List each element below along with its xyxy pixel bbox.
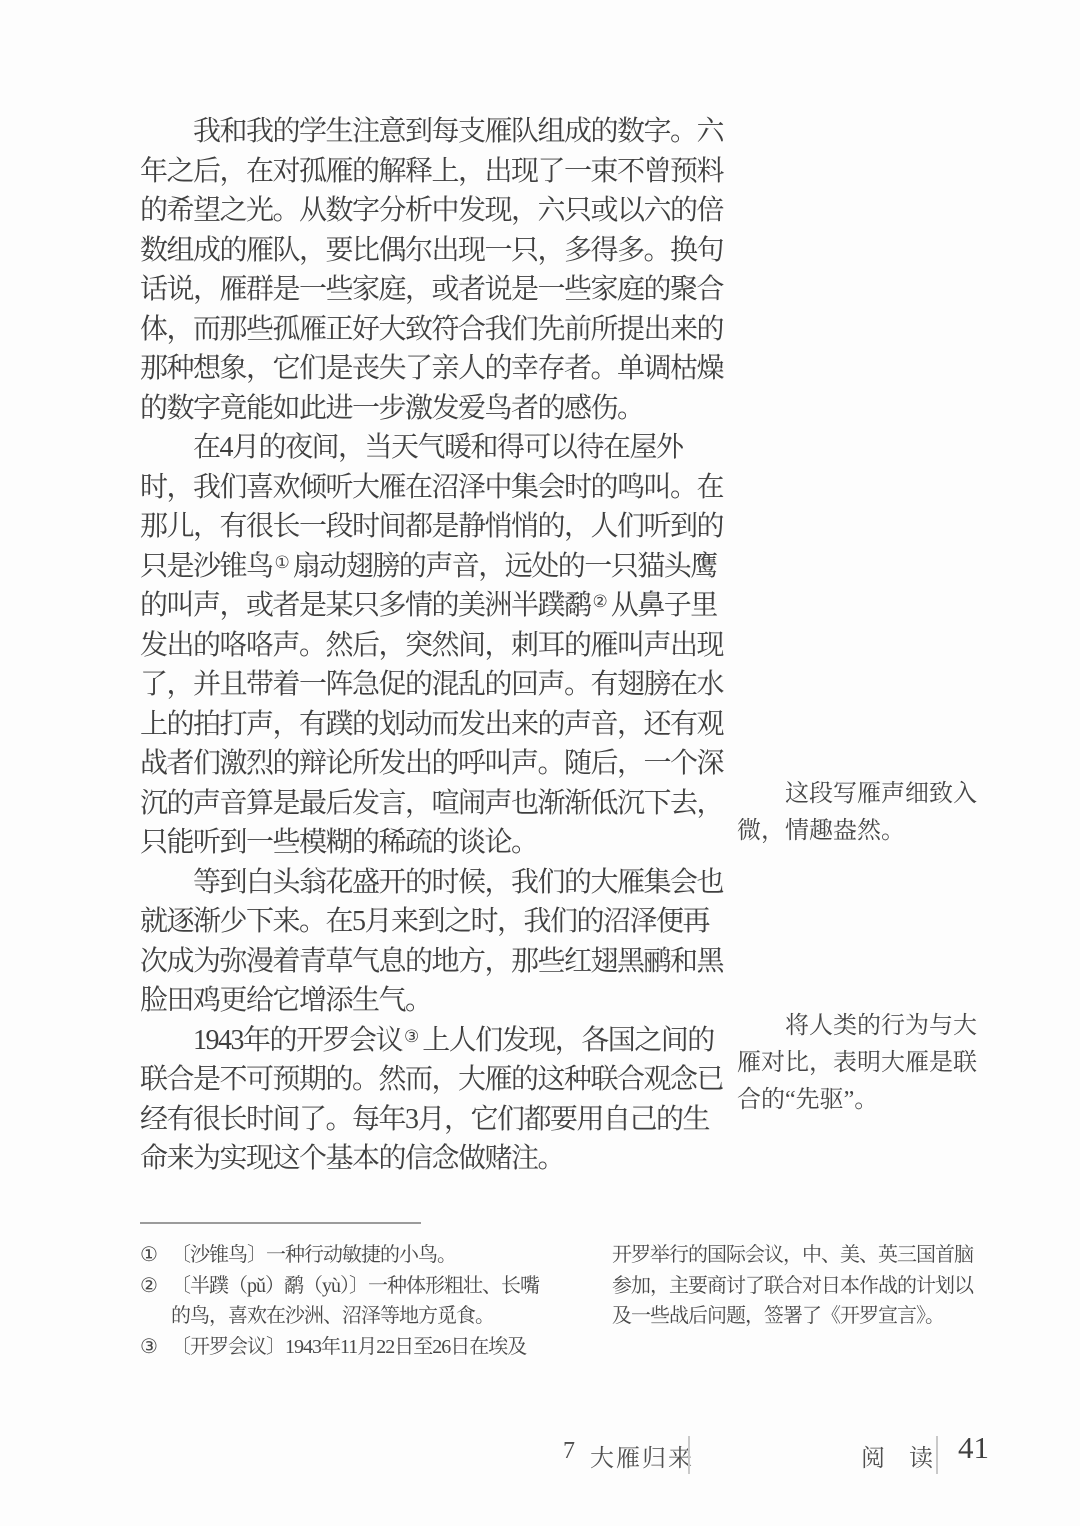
footnote-reference-mark: ② — [593, 592, 608, 611]
footnote-item-3: ③〔开罗会议〕1943年11月22日至26日在埃及 — [140, 1332, 539, 1363]
body-paragraph-4-line-4: 命来为实现这个基本的信念做赌注。 — [140, 1139, 723, 1179]
body-paragraph-4-line-1: 1943年的开罗会议③上人们发现，各国之间的 — [140, 1021, 723, 1061]
footnote-reference-mark: ① — [275, 553, 290, 572]
footnote-marker-3: ③ — [140, 1332, 171, 1363]
footer-section-label: 阅 读 — [861, 1438, 942, 1473]
body-paragraph-1-line-6: 体，而那些孤雁正好大致符合我们先前所提出来的 — [140, 310, 723, 350]
body-paragraph-2-line-10: 沉的声音算是最后发言，喧闹声也渐渐低沉下去， — [140, 784, 723, 824]
footnote-item-1: ①〔沙锥鸟〕一种行动敏捷的小鸟。 — [140, 1240, 539, 1271]
margin-note-1-line-2: 微，情趣盎然。 — [737, 813, 997, 850]
footnote-marker-1: ① — [140, 1240, 171, 1271]
margin-note-2-line-2: 雁对比，表明大雁是联 — [737, 1045, 997, 1082]
body-paragraph-2-line-5: 的叫声，或者是某只多情的美洲半蹼鹬②从鼻子里 — [140, 586, 723, 626]
footnote-2-line-2: 的鸟，喜欢在沙洲、沼泽等地方觅食。 — [171, 1301, 539, 1332]
body-paragraph-2-line-11: 只能听到一些模糊的稀疏的谈论。 — [140, 823, 723, 863]
body-paragraph-2-line-8: 上的拍打声，有蹼的划动而发出来的声音，还有观 — [140, 705, 723, 745]
body-paragraph-2-line-2: 时，我们喜欢倾听大雁在沼泽中集会时的鸣叫。在 — [140, 468, 723, 508]
footnote-reference-mark: ③ — [404, 1027, 419, 1046]
body-paragraph-2-line-7: 了，并且带着一阵急促的混乱的回声。有翅膀在水 — [140, 665, 723, 705]
body-paragraph-4-line-2: 联合是不可预期的。然而，大雁的这种联合观念已 — [140, 1060, 723, 1100]
footer-lesson-number: 7 — [563, 1438, 577, 1473]
footnote-continuation-line-2: 参加，主要商讨了联合对日本作战的计划以 — [612, 1271, 973, 1302]
footnote-1-line-1: 〔沙锥鸟〕一种行动敏捷的小鸟。 — [171, 1240, 456, 1271]
body-paragraph-2-line-4: 只是沙锥鸟①扇动翅膀的声音，远处的一只猫头鹰 — [140, 547, 723, 587]
margin-note-1-line-1: 这段写雁声细致入 — [737, 776, 997, 813]
margin-note-2-line-3: 合的“先驱”。 — [737, 1082, 997, 1119]
footnote-3-line-1: 〔开罗会议〕1943年11月22日至26日在埃及 — [171, 1332, 526, 1363]
footer-lesson-title: 大雁归来 — [590, 1438, 694, 1473]
footer-page-number: 41 — [958, 1430, 989, 1466]
body-paragraph-1-line-2: 年之后，在对孤雁的解释上，出现了一束不曾预料 — [140, 152, 723, 192]
body-paragraph-1-line-5: 话说，雁群是一些家庭，或者说是一些家庭的聚合 — [140, 270, 723, 310]
footnote-continuation-line-1: 开罗举行的国际会议，中、美、英三国首脑 — [612, 1240, 973, 1271]
body-paragraph-1-line-7: 那种想象，它们是丧失了亲人的幸存者。单调枯燥 — [140, 349, 723, 389]
footnote-item-2: ②〔半蹼（pǔ）鹬（yù）〕一种体形粗壮、长嘴的鸟，喜欢在沙洲、沼泽等地方觅食。 — [140, 1271, 539, 1332]
body-paragraph-1-line-8: 的数字竟能如此进一步激发爱鸟者的感伤。 — [140, 389, 723, 429]
margin-note-2: 将人类的行为与大雁对比，表明大雁是联合的“先驱”。 — [737, 1008, 997, 1119]
footnote-2-line-1: 〔半蹼（pǔ）鹬（yù）〕一种体形粗壮、长嘴 — [171, 1271, 539, 1302]
body-paragraph-3-line-4: 脸田鸡更给它增添生气。 — [140, 981, 723, 1021]
body-paragraph-2-line-6: 发出的咯咯声。然后，突然间，刺耳的雁叫声出现 — [140, 626, 723, 666]
footnotes-right-column: 开罗举行的国际会议，中、美、英三国首脑参加，主要商讨了联合对日本作战的计划以及一… — [612, 1240, 973, 1332]
footer-lesson: 7 大雁归来 — [563, 1438, 694, 1473]
footer-divider-bar-1 — [688, 1436, 690, 1474]
body-paragraph-1-line-1: 我和我的学生注意到每支雁队组成的数字。六 — [140, 112, 723, 152]
body-paragraph-2-line-9: 战者们激烈的辩论所发出的呼叫声。随后，一个深 — [140, 744, 723, 784]
footnote-divider-line — [140, 1222, 421, 1224]
body-paragraph-3-line-2: 就逐渐少下来。在5月来到之时，我们的沼泽便再 — [140, 902, 723, 942]
body-paragraph-1-line-3: 的希望之光。从数字分析中发现，六只或以六的倍 — [140, 191, 723, 231]
footnote-marker-2: ② — [140, 1271, 171, 1332]
margin-note-1: 这段写雁声细致入微，情趣盎然。 — [737, 776, 997, 850]
footnote-continuation-line-3: 及一些战后问题，签署了《开罗宣言》。 — [612, 1301, 973, 1332]
body-paragraph-2-line-1: 在4月的夜间，当天气暖和得可以待在屋外 — [140, 428, 723, 468]
footer-divider-bar-2 — [936, 1436, 938, 1474]
body-paragraph-1-line-4: 数组成的雁队，要比偶尔出现一只，多得多。换句 — [140, 231, 723, 271]
body-text-column: 我和我的学生注意到每支雁队组成的数字。六年之后，在对孤雁的解释上，出现了一束不曾… — [140, 112, 723, 1179]
body-paragraph-2-line-3: 那儿，有很长一段时间都是静悄悄的，人们听到的 — [140, 507, 723, 547]
body-paragraph-4-line-3: 经有很长时间了。每年3月，它们都要用自己的生 — [140, 1100, 723, 1140]
textbook-page: 我和我的学生注意到每支雁队组成的数字。六年之后，在对孤雁的解释上，出现了一束不曾… — [0, 0, 1080, 1526]
body-paragraph-3-line-1: 等到白头翁花盛开的时候，我们的大雁集会也 — [140, 863, 723, 903]
footnotes-left-column: ①〔沙锥鸟〕一种行动敏捷的小鸟。②〔半蹼（pǔ）鹬（yù）〕一种体形粗壮、长嘴的… — [140, 1240, 539, 1362]
margin-note-2-line-1: 将人类的行为与大 — [737, 1008, 997, 1045]
body-paragraph-3-line-3: 次成为弥漫着青草气息的地方，那些红翅黑鹂和黑 — [140, 942, 723, 982]
